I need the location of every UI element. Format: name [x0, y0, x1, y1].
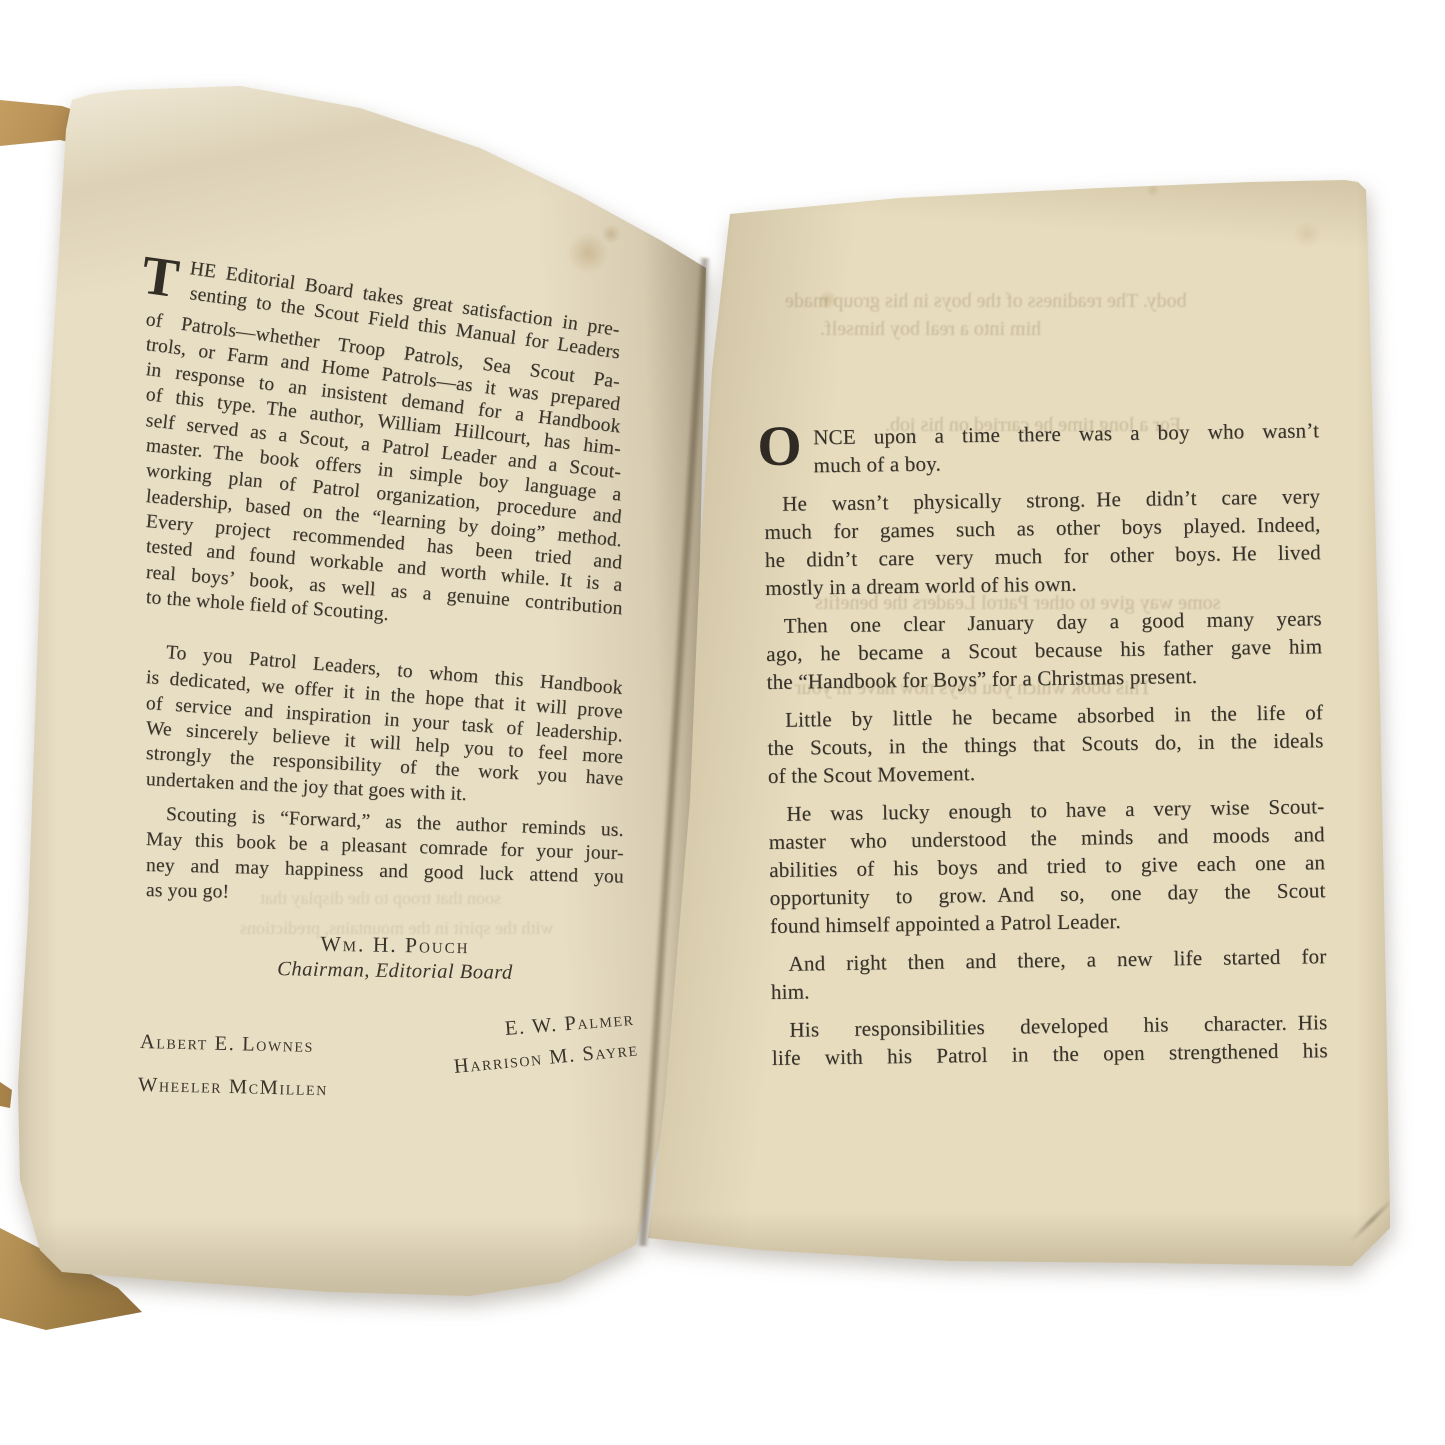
story-paragraph-4: Little by little he became absorbed in t… [767, 698, 1324, 790]
ghost-text-line: body. The readiness of the boys in his g… [785, 290, 1187, 313]
ghost-text-line: him into a real boy himself. [820, 318, 1041, 341]
story-paragraph-2: He wasn’t physically strong. He didn’t c… [764, 482, 1322, 602]
story-paragraph-3: Then one clear January day a good many y… [766, 604, 1323, 696]
story-paragraph-5: He was lucky enough to have a very wise … [768, 792, 1326, 940]
text-line: much of a boy. [813, 444, 1319, 479]
right-page-text-block: O NCE upon a time there was a boy who wa… [763, 416, 1328, 1072]
story-paragraph-7: His responsibilities developed his chara… [771, 1008, 1328, 1072]
photo-canvas: soon that troop to the display that with… [0, 0, 1445, 1445]
right-page-wrapper: body. The readiness of the boys in his g… [0, 0, 1445, 1445]
page-corner-tear [1349, 1197, 1396, 1244]
story-paragraph-6: And right then and there, a new life sta… [770, 942, 1327, 1006]
right-page: body. The readiness of the boys in his g… [635, 172, 1395, 1272]
story-paragraph-1: NCE upon a time there was a boy who wasn… [763, 416, 1320, 480]
